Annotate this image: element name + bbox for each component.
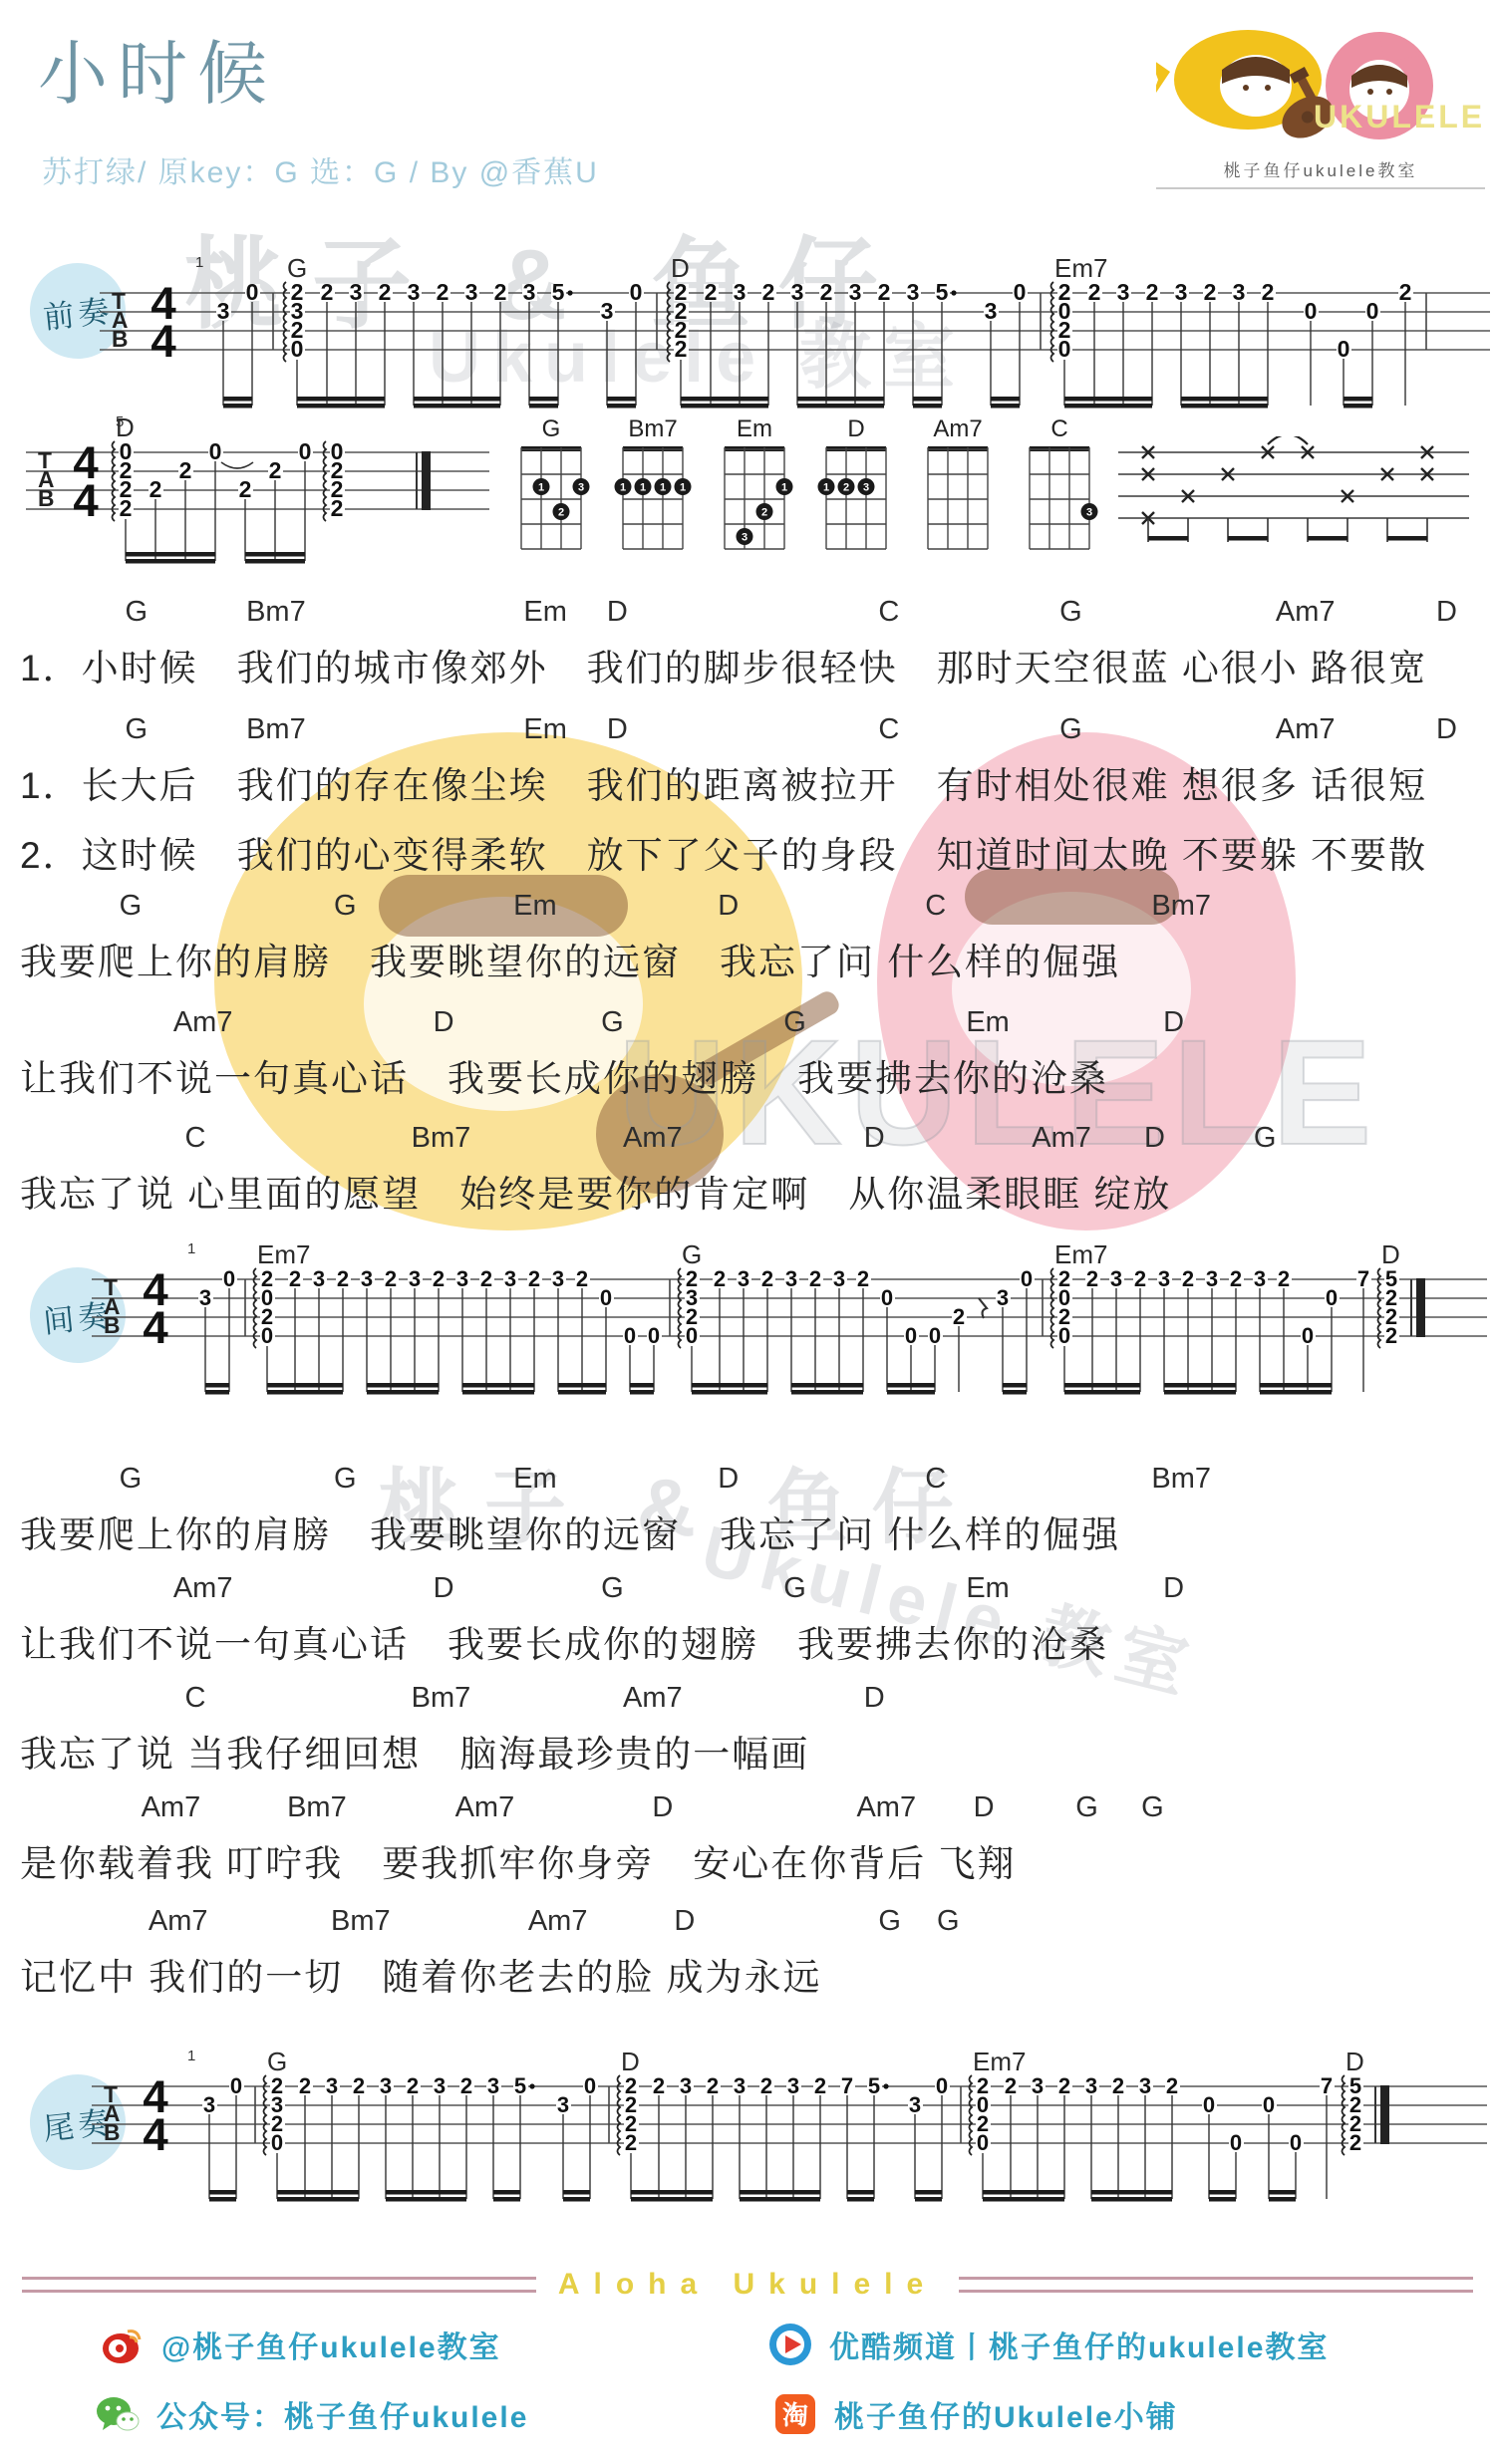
- svg-text:3: 3: [409, 1266, 421, 1291]
- svg-text:淘: 淘: [782, 2400, 808, 2430]
- svg-text:2: 2: [299, 2073, 311, 2098]
- svg-text:1: 1: [187, 2048, 195, 2064]
- lyric-row: CBm7Am7DAm7DG我忘了说 心里面的愿望 始终是要你的肯定啊 从你温柔眼…: [20, 1122, 1480, 1158]
- svg-text:2: 2: [460, 2073, 472, 2098]
- chord-label: G: [125, 713, 148, 746]
- chord-label: Em: [966, 1572, 1010, 1605]
- chord-line: CBm7Am7DAm7DG: [20, 1122, 1480, 1158]
- chord-label: G: [878, 1905, 901, 1938]
- lyric-text: 1．小时候 我们的城市像郊外 我们的脚步很轻快 那时天空很蓝 心很小 路很宽: [20, 638, 1427, 691]
- chord-line: Am7DGGEmD: [20, 1572, 1480, 1608]
- chord-label: G: [120, 1463, 143, 1496]
- svg-text:Em7: Em7: [257, 1239, 310, 1269]
- footer-item-text: 公众号：桃子鱼仔ukulele: [156, 2392, 528, 2436]
- svg-text:3: 3: [380, 2073, 392, 2098]
- svg-text:0: 0: [1326, 1285, 1338, 1310]
- lyric-row: Am7DGGEmD让我们不说一句真心话 我要长成你的翅膀 我要拂去你的沧桑: [20, 1572, 1480, 1608]
- svg-text:B: B: [104, 1312, 120, 1338]
- svg-text:3: 3: [863, 482, 869, 494]
- svg-text:2: 2: [1349, 2130, 1361, 2155]
- svg-text:2: 2: [179, 457, 192, 483]
- svg-text:2: 2: [1204, 279, 1217, 305]
- svg-text:0: 0: [624, 1323, 636, 1348]
- chord-label: C: [878, 713, 899, 746]
- svg-text:1: 1: [680, 482, 686, 494]
- svg-text:3: 3: [1233, 279, 1246, 305]
- chord-label: Am7: [623, 1682, 683, 1715]
- chord-diagram-C: C3: [1012, 418, 1103, 556]
- chord-line: Am7DGGEmD: [20, 1006, 1480, 1042]
- svg-text:2: 2: [1230, 1266, 1242, 1291]
- svg-text:0: 0: [1338, 336, 1350, 362]
- svg-text:B: B: [104, 2119, 120, 2145]
- svg-text:0: 0: [1263, 2092, 1275, 2117]
- svg-text:2: 2: [707, 2073, 719, 2098]
- svg-text:3: 3: [785, 1266, 797, 1291]
- svg-text:0: 0: [1021, 1266, 1033, 1291]
- svg-text:1: 1: [660, 482, 666, 494]
- svg-text:2: 2: [1385, 1323, 1397, 1348]
- lyric-text: 我要爬上你的肩膀 我要眺望你的远窗 我忘了问 什么样的倔强: [20, 1505, 1120, 1558]
- svg-text:2: 2: [289, 1266, 301, 1291]
- chord-label: D: [1163, 1572, 1184, 1605]
- footer-item-text: 优酷频道丨桃子鱼仔的ukulele教室: [829, 2323, 1329, 2366]
- svg-text:3: 3: [1175, 279, 1188, 305]
- svg-text:2: 2: [1112, 2073, 1124, 2098]
- chord-label: D: [718, 890, 739, 923]
- studio-logo: UKULELE 桃子鱼仔ukulele教室: [1156, 22, 1485, 189]
- lyric-text: 我忘了说 心里面的愿望 始终是要你的肯定啊 从你温柔眼眶 绽放: [20, 1164, 1172, 1218]
- chord-label: D: [1163, 1006, 1184, 1039]
- banner-line-right: [959, 2277, 1473, 2293]
- lyric-row: Am7DGGEmD让我们不说一句真心话 我要长成你的翅膀 我要拂去你的沧桑: [20, 1006, 1480, 1042]
- svg-text:2: 2: [1278, 1266, 1290, 1291]
- chord-label: Bm7: [412, 1122, 471, 1155]
- svg-text:D: D: [1381, 1239, 1400, 1269]
- svg-text:2: 2: [953, 1304, 965, 1329]
- weibo-icon: [100, 2322, 146, 2367]
- svg-text:2: 2: [528, 1266, 540, 1291]
- svg-text:2: 2: [705, 279, 718, 305]
- lyric-row: GBm7EmDCGAm7D1．小时候 我们的城市像郊外 我们的脚步很轻快 那时天…: [20, 596, 1480, 632]
- chord-label: C: [878, 596, 899, 629]
- svg-text:1: 1: [781, 482, 787, 494]
- lyric-text: 我忘了说 当我仔细回想 脑海最珍贵的一幅画: [20, 1724, 809, 1778]
- chord-label: Bm7: [331, 1905, 391, 1938]
- svg-text:3: 3: [1139, 2073, 1151, 2098]
- svg-text:2: 2: [379, 279, 392, 305]
- chord-label: Bm7: [412, 1682, 471, 1715]
- lyric-text: 记忆中 我们的一切 随着你老去的脸 成为永远: [20, 1947, 822, 2001]
- chord-label: D: [1436, 713, 1457, 746]
- svg-text:2: 2: [120, 495, 133, 521]
- lyric-row: GGEmDCBm7我要爬上你的肩膀 我要眺望你的远窗 我忘了问 什么样的倔强: [20, 1463, 1480, 1499]
- svg-text:D: D: [1345, 2047, 1364, 2076]
- svg-text:3: 3: [456, 1266, 468, 1291]
- svg-text:0: 0: [929, 1323, 941, 1348]
- chord-line: Am7Bm7Am7DAm7DGG: [20, 1791, 1480, 1827]
- svg-text:2: 2: [1058, 2073, 1070, 2098]
- chord-label: C: [925, 890, 946, 923]
- logo-brand-text: UKULELE: [1314, 99, 1485, 135]
- svg-text:2: 2: [714, 1266, 726, 1291]
- svg-text:0: 0: [261, 1323, 273, 1348]
- svg-text:2: 2: [1005, 2073, 1017, 2098]
- chord-label: D: [1436, 596, 1457, 629]
- svg-text:3: 3: [909, 2092, 921, 2117]
- svg-text:4: 4: [150, 316, 176, 367]
- chord-diagram-G: G132: [503, 418, 595, 556]
- footer-item-youku: 优酷频道丨桃子鱼仔的ukulele教室: [767, 2322, 1329, 2367]
- svg-text:4: 4: [73, 475, 99, 526]
- chord-label: D: [434, 1006, 454, 1039]
- svg-text:0: 0: [230, 2073, 242, 2098]
- chord-diagram-Bm7: Bm71111: [605, 418, 697, 556]
- footer-item-text: @桃子鱼仔ukulele教室: [161, 2323, 501, 2366]
- taobao-icon: 淘: [772, 2391, 818, 2437]
- chord-diagram-Em: Em123: [707, 418, 798, 556]
- svg-text:C: C: [1050, 418, 1067, 442]
- svg-text:0: 0: [1302, 1323, 1314, 1348]
- svg-text:3: 3: [1117, 279, 1130, 305]
- chord-label: D: [864, 1682, 885, 1715]
- chord-label: G: [1254, 1122, 1277, 1155]
- svg-text:3: 3: [326, 2073, 338, 2098]
- svg-text:3: 3: [791, 279, 804, 305]
- svg-text:3: 3: [578, 482, 584, 494]
- svg-text:3: 3: [199, 1285, 211, 1310]
- chord-line: Am7Bm7Am7DGG: [20, 1905, 1480, 1941]
- chord-label: D: [434, 1572, 454, 1605]
- svg-text:G: G: [267, 2047, 287, 2076]
- svg-text:3: 3: [557, 2092, 569, 2117]
- chord-label: Em: [513, 1463, 557, 1496]
- svg-text:3: 3: [523, 279, 536, 305]
- page-title: 小时候: [38, 18, 277, 119]
- chord-label: Bm7: [287, 1791, 347, 1824]
- svg-text:3: 3: [408, 279, 421, 305]
- svg-text:2: 2: [331, 495, 344, 521]
- lyric-text: 2．这时候 我们的心变得柔软 放下了父子的身段 知道时间太晚 不要躲 不要散: [20, 825, 1427, 879]
- svg-text:B: B: [38, 485, 54, 511]
- footer-item-wechat: 公众号：桃子鱼仔ukulele: [95, 2391, 528, 2437]
- svg-text:2: 2: [675, 336, 688, 362]
- svg-text:0: 0: [246, 279, 259, 305]
- svg-text:3: 3: [350, 279, 363, 305]
- chord-line: GGEmDCBm7: [20, 1463, 1480, 1499]
- chord-label: Bm7: [1151, 1463, 1211, 1496]
- svg-text:3: 3: [217, 298, 230, 324]
- svg-text:3: 3: [552, 1266, 564, 1291]
- footer-item-weibo: @桃子鱼仔ukulele教室: [100, 2322, 501, 2367]
- svg-text:3: 3: [1032, 2073, 1044, 2098]
- chord-label: Am7: [173, 1572, 233, 1605]
- svg-text:2: 2: [1086, 1266, 1098, 1291]
- svg-text:2: 2: [1262, 279, 1275, 305]
- chord-label: Am7: [173, 1006, 233, 1039]
- svg-text:0: 0: [648, 1323, 660, 1348]
- chord-label: G: [601, 1006, 624, 1039]
- footer-banner: Aloha Ukulele: [0, 2268, 1495, 2302]
- svg-text:0: 0: [600, 1285, 612, 1310]
- svg-text:2: 2: [1182, 1266, 1194, 1291]
- svg-text:1: 1: [620, 482, 626, 494]
- chord-label: G: [1141, 1791, 1164, 1824]
- svg-text:2: 2: [878, 279, 891, 305]
- chord-label: Am7: [856, 1791, 916, 1824]
- tab-intro-line2: TAB445D02222202200222: [26, 412, 489, 607]
- chord-label: G: [120, 890, 143, 923]
- svg-text:B: B: [112, 326, 128, 352]
- svg-text:3: 3: [985, 298, 998, 324]
- svg-text:7: 7: [841, 2073, 853, 2098]
- banner-text: Aloha Ukulele: [558, 2268, 937, 2302]
- lyric-text: 是你载着我 叮咛我 要我抓牢你身旁 安心在你背后 飞翔: [20, 1833, 1017, 1887]
- chord-label: G: [125, 596, 148, 629]
- svg-text:1: 1: [187, 1240, 195, 1257]
- logo-caption: 桃子鱼仔ukulele教室: [1156, 156, 1485, 189]
- chord-label: D: [607, 713, 628, 746]
- svg-text:Em7: Em7: [1054, 1239, 1107, 1269]
- svg-text:3: 3: [1206, 1266, 1218, 1291]
- svg-text:2: 2: [407, 2073, 419, 2098]
- chord-line: CBm7Am7D: [20, 1682, 1480, 1718]
- svg-text:Em: Em: [737, 418, 772, 442]
- svg-text:Em7: Em7: [973, 2047, 1026, 2076]
- chord-label: Bm7: [246, 596, 306, 629]
- chord-label: D: [674, 1905, 695, 1938]
- chord-label: D: [864, 1122, 885, 1155]
- chord-label: G: [334, 890, 357, 923]
- chord-label: D: [974, 1791, 995, 1824]
- chord-label: Am7: [142, 1791, 201, 1824]
- svg-text:2: 2: [761, 1266, 773, 1291]
- tab-interlude-line: TAB44130Em720202323232323232000G23202323…: [92, 1235, 1487, 1447]
- svg-text:0: 0: [223, 1266, 235, 1291]
- svg-text:0: 0: [1058, 1323, 1070, 1348]
- chord-label: D: [607, 596, 628, 629]
- chord-label: G: [601, 1572, 624, 1605]
- chord-label: Bm7: [1151, 890, 1211, 923]
- svg-text:D: D: [621, 2047, 640, 2076]
- svg-text:3: 3: [1254, 1266, 1266, 1291]
- chord-label: Am7: [149, 1905, 208, 1938]
- svg-text:1: 1: [640, 482, 646, 494]
- chord-label: Am7: [1276, 713, 1336, 746]
- svg-text:1: 1: [538, 482, 544, 494]
- svg-text:2: 2: [494, 279, 507, 305]
- lyric-row: Am7Bm7Am7DGG记忆中 我们的一切 随着你老去的脸 成为永远: [20, 1905, 1480, 1941]
- svg-text:3: 3: [203, 2092, 215, 2117]
- lyric-text: 让我们不说一句真心话 我要长成你的翅膀 我要拂去你的沧桑: [20, 1048, 1108, 1102]
- chord-label: D: [718, 1463, 739, 1496]
- svg-text:3: 3: [997, 1285, 1009, 1310]
- chord-label: G: [1075, 1791, 1098, 1824]
- svg-text:2: 2: [761, 507, 767, 519]
- svg-text:0: 0: [1366, 298, 1379, 324]
- tab-outro-line: TAB44130G232023232323530D222223232327530…: [92, 2043, 1487, 2254]
- chord-label: G: [1059, 596, 1082, 629]
- svg-text:2: 2: [385, 1266, 397, 1291]
- footer-item-text: 桃子鱼仔的Ukulele小铺: [834, 2392, 1178, 2436]
- svg-text:Am7: Am7: [933, 418, 982, 442]
- svg-text:3: 3: [487, 2073, 499, 2098]
- lyric-text: 让我们不说一句真心话 我要长成你的翅膀 我要拂去你的沧桑: [20, 1614, 1108, 1668]
- svg-text:3: 3: [465, 279, 478, 305]
- svg-text:3: 3: [738, 1266, 749, 1291]
- svg-text:2: 2: [820, 279, 833, 305]
- svg-text:2: 2: [321, 279, 334, 305]
- svg-text:D: D: [847, 418, 864, 442]
- chord-label: Em: [966, 1006, 1010, 1039]
- chord-label: D: [1144, 1122, 1165, 1155]
- svg-text:2: 2: [625, 2130, 637, 2155]
- svg-text:0: 0: [209, 438, 222, 464]
- svg-text:5: 5: [868, 2073, 880, 2098]
- svg-text:3: 3: [849, 279, 862, 305]
- chord-label: C: [925, 1463, 946, 1496]
- chord-label: G: [334, 1463, 357, 1496]
- svg-text:5: 5: [936, 279, 949, 305]
- svg-text:3: 3: [742, 532, 747, 544]
- svg-text:2: 2: [760, 2073, 772, 2098]
- svg-text:0: 0: [936, 2073, 948, 2098]
- svg-text:2: 2: [576, 1266, 588, 1291]
- svg-text:3: 3: [787, 2073, 799, 2098]
- svg-text:2: 2: [337, 1266, 349, 1291]
- lyric-row: GGEmDCBm7我要爬上你的肩膀 我要眺望你的远窗 我忘了问 什么样的倔强: [20, 890, 1480, 926]
- svg-text:7: 7: [1321, 2073, 1333, 2098]
- svg-text:2: 2: [149, 476, 162, 502]
- svg-text:0: 0: [630, 279, 643, 305]
- chord-diagram-D: D123: [808, 418, 900, 556]
- chord-line: GGEmDCBm7: [20, 890, 1480, 926]
- svg-text:0: 0: [584, 2073, 596, 2098]
- svg-text:2: 2: [814, 2073, 826, 2098]
- svg-text:2: 2: [653, 2073, 665, 2098]
- svg-text:3: 3: [1158, 1266, 1170, 1291]
- svg-text:3: 3: [734, 2073, 746, 2098]
- svg-text:0: 0: [1305, 298, 1318, 324]
- svg-text:2: 2: [843, 482, 849, 494]
- chord-label: Am7: [455, 1791, 515, 1824]
- svg-text:G: G: [682, 1239, 702, 1269]
- svg-text:2: 2: [239, 476, 252, 502]
- lyric-row: Am7Bm7Am7DAm7DGG是你载着我 叮咛我 要我抓牢你身旁 安心在你背后…: [20, 1791, 1480, 1827]
- banner-line-left: [22, 2277, 536, 2293]
- svg-text:3: 3: [504, 1266, 516, 1291]
- chord-label: D: [652, 1791, 673, 1824]
- svg-text:2: 2: [1399, 279, 1412, 305]
- chord-label: Bm7: [246, 713, 306, 746]
- chord-line: GBm7EmDCGAm7D: [20, 596, 1480, 632]
- chord-label: G: [1059, 713, 1082, 746]
- svg-text:4: 4: [143, 1302, 168, 1353]
- chord-label: Am7: [1276, 596, 1336, 629]
- svg-text:0: 0: [905, 1323, 917, 1348]
- lyric-text: 1．长大后 我们的存在像尘埃 我们的距离被拉开 有时相处很难 想很多 话很短: [20, 755, 1427, 809]
- svg-text:0: 0: [1203, 2092, 1215, 2117]
- svg-text:7: 7: [1357, 1266, 1369, 1291]
- svg-text:0: 0: [1014, 279, 1027, 305]
- chord-diagram-row: G132Bm71111Em123D123Am7C3: [503, 418, 1103, 556]
- chord-label: G: [783, 1572, 806, 1605]
- svg-text:1: 1: [195, 254, 203, 271]
- chord-label: Am7: [528, 1905, 588, 1938]
- youku-icon: [767, 2322, 813, 2367]
- svg-text:2: 2: [269, 457, 282, 483]
- svg-text:3: 3: [833, 1266, 845, 1291]
- svg-text:3: 3: [680, 2073, 692, 2098]
- chord-label: C: [185, 1682, 206, 1715]
- wechat-icon: [95, 2391, 141, 2437]
- svg-text:2: 2: [1088, 279, 1101, 305]
- footer-item-taobao: 淘桃子鱼仔的Ukulele小铺: [772, 2391, 1178, 2437]
- chord-label: Em: [513, 890, 557, 923]
- svg-text:3: 3: [1085, 2073, 1097, 2098]
- svg-text:G: G: [542, 418, 561, 442]
- svg-text:Bm7: Bm7: [628, 418, 677, 442]
- svg-text:5: 5: [514, 2073, 526, 2098]
- svg-text:3: 3: [361, 1266, 373, 1291]
- lyric-row: CBm7Am7D我忘了说 当我仔细回想 脑海最珍贵的一幅画: [20, 1682, 1480, 1718]
- sheet-music-page: 桃子 & 鱼仔 Ukulele 教室 UKULELE 桃子 & 鱼仔 Ukule…: [0, 0, 1495, 2464]
- svg-text:1: 1: [823, 482, 829, 494]
- svg-text:0: 0: [1290, 2130, 1302, 2155]
- svg-text:0: 0: [291, 336, 304, 362]
- svg-text:2: 2: [762, 279, 775, 305]
- svg-text:0: 0: [1230, 2130, 1242, 2155]
- svg-text:2: 2: [437, 279, 449, 305]
- chord-label: G: [937, 1905, 960, 1938]
- svg-text:3: 3: [734, 279, 747, 305]
- svg-text:3: 3: [907, 279, 920, 305]
- svg-text:2: 2: [809, 1266, 821, 1291]
- svg-text:3: 3: [1110, 1266, 1122, 1291]
- svg-text:3: 3: [601, 298, 614, 324]
- svg-text:0: 0: [299, 438, 312, 464]
- chord-label: Am7: [1032, 1122, 1091, 1155]
- svg-text:5: 5: [552, 279, 565, 305]
- chord-label: Em: [523, 596, 567, 629]
- chord-label: G: [783, 1006, 806, 1039]
- svg-text:4: 4: [143, 2109, 168, 2160]
- svg-text:0: 0: [271, 2130, 283, 2155]
- chord-diagram-Am7: Am7: [910, 418, 1002, 556]
- lyric-row: GBm7EmDCGAm7D1．长大后 我们的存在像尘埃 我们的距离被拉开 有时相…: [20, 713, 1480, 749]
- svg-text:2: 2: [857, 1266, 869, 1291]
- lyric-text: 我要爬上你的肩膀 我要眺望你的远窗 我忘了问 什么样的倔强: [20, 932, 1120, 985]
- svg-text:2: 2: [480, 1266, 492, 1291]
- chord-label: C: [185, 1122, 206, 1155]
- chord-line: GBm7EmDCGAm7D: [20, 713, 1480, 749]
- svg-text:2: 2: [1166, 2073, 1178, 2098]
- svg-text:2: 2: [1134, 1266, 1146, 1291]
- svg-text:0: 0: [881, 1285, 893, 1310]
- svg-text:3: 3: [434, 2073, 446, 2098]
- chord-label: Am7: [623, 1122, 683, 1155]
- strum-pattern-diagram: [1114, 436, 1483, 554]
- svg-text:2: 2: [1146, 279, 1159, 305]
- svg-text:2: 2: [433, 1266, 445, 1291]
- logo-illustration: UKULELE: [1156, 22, 1485, 149]
- svg-text:0: 0: [1058, 336, 1071, 362]
- svg-text:3: 3: [1086, 507, 1092, 519]
- svg-text:2: 2: [558, 507, 564, 519]
- chord-label: Em: [523, 713, 567, 746]
- svg-text:3: 3: [313, 1266, 325, 1291]
- svg-text:2: 2: [353, 2073, 365, 2098]
